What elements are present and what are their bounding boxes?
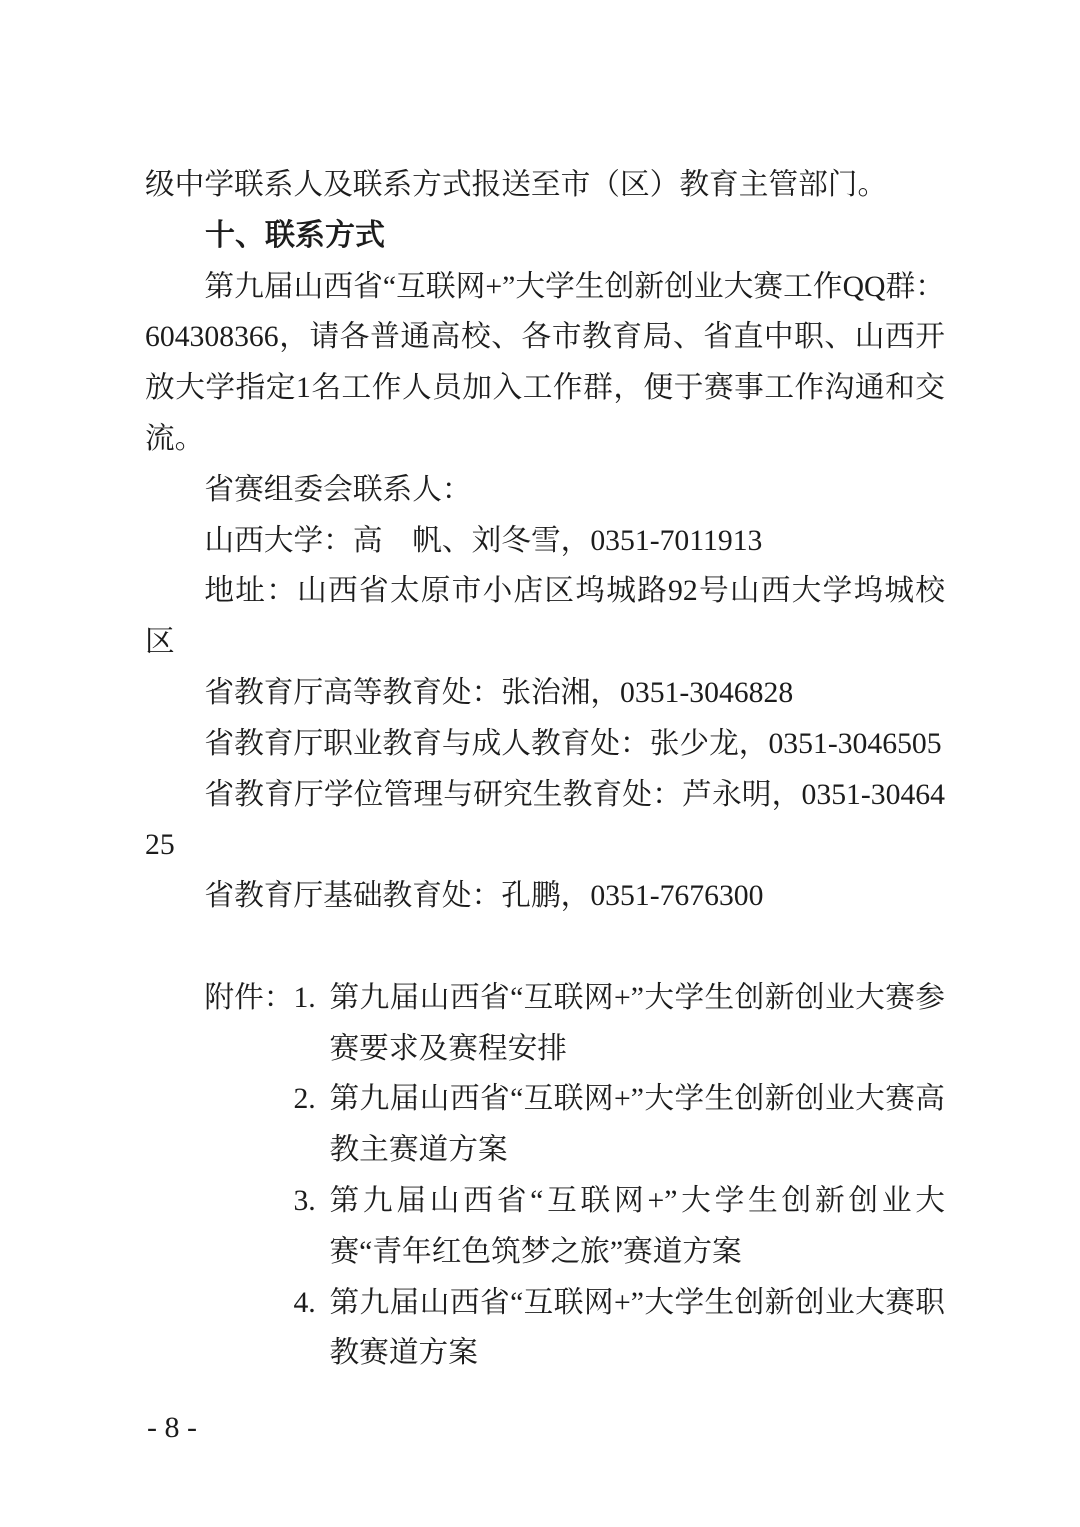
- attachment-number: 1.: [293, 973, 329, 1075]
- attachment-title: 第九届山西省“互联网+”大学生创新创业大赛参赛要求及赛程安排: [329, 973, 945, 1075]
- attachment-item: 2. 第九届山西省“互联网+”大学生创新创业大赛高教主赛道方案: [293, 1074, 945, 1176]
- attachment-number: 2.: [293, 1074, 329, 1176]
- attachment-number: 3.: [293, 1176, 329, 1278]
- attachment-number: 4.: [293, 1278, 329, 1380]
- paragraph-vocational-education-contact: 省教育厅职业教育与成人教育处：张少龙，0351-3046505: [145, 719, 945, 770]
- page-number: - 8 -: [147, 1412, 197, 1444]
- attachment-title: 第九届山西省“互联网+”大学生创新创业大赛高教主赛道方案: [329, 1074, 945, 1176]
- attachment-item: 4. 第九届山西省“互联网+”大学生创新创业大赛职教赛道方案: [293, 1278, 945, 1380]
- attachments-label: 附件：: [204, 973, 293, 1379]
- paragraph-basic-education-contact: 省教育厅基础教育处：孔鹏，0351-7676300: [145, 871, 945, 922]
- section-heading-contact-info: 十、联系方式: [145, 211, 945, 262]
- attachments-list: 1. 第九届山西省“互联网+”大学生创新创业大赛参赛要求及赛程安排 2. 第九届…: [293, 973, 945, 1379]
- blank-line-spacer: [145, 922, 945, 973]
- paragraph-degree-management-contact: 省教育厅学位管理与研究生教育处：芦永明，0351-3046425: [145, 770, 945, 872]
- paragraph-higher-education-contact: 省教育厅高等教育处：张治湘，0351-3046828: [145, 668, 945, 719]
- document-body: 级中学联系人及联系方式报送至市（区）教育主管部门。 十、联系方式 第九届山西省“…: [145, 160, 945, 1379]
- attachment-item: 3. 第九届山西省“互联网+”大学生创新创业大赛“青年红色筑梦之旅”赛道方案: [293, 1176, 945, 1278]
- paragraph-address: 地址：山西省太原市小店区坞城路92号山西大学坞城校区: [145, 566, 945, 668]
- document-page: 级中学联系人及联系方式报送至市（区）教育主管部门。 十、联系方式 第九届山西省“…: [0, 0, 1080, 1527]
- paragraph-intro-continuation: 级中学联系人及联系方式报送至市（区）教育主管部门。: [145, 160, 945, 211]
- paragraph-qq-group: 第九届山西省“互联网+”大学生创新创业大赛工作QQ群：604308366，请各普…: [145, 262, 945, 465]
- attachment-title: 第九届山西省“互联网+”大学生创新创业大赛“青年红色筑梦之旅”赛道方案: [329, 1176, 945, 1278]
- paragraph-committee-contacts: 省赛组委会联系人：: [145, 465, 945, 516]
- attachments-block: 附件： 1. 第九届山西省“互联网+”大学生创新创业大赛参赛要求及赛程安排 2.…: [204, 973, 945, 1379]
- paragraph-shanxi-university-contact: 山西大学：高 帆、刘冬雪，0351-7011913: [145, 516, 945, 567]
- attachment-title: 第九届山西省“互联网+”大学生创新创业大赛职教赛道方案: [329, 1278, 945, 1380]
- attachment-item: 1. 第九届山西省“互联网+”大学生创新创业大赛参赛要求及赛程安排: [293, 973, 945, 1075]
